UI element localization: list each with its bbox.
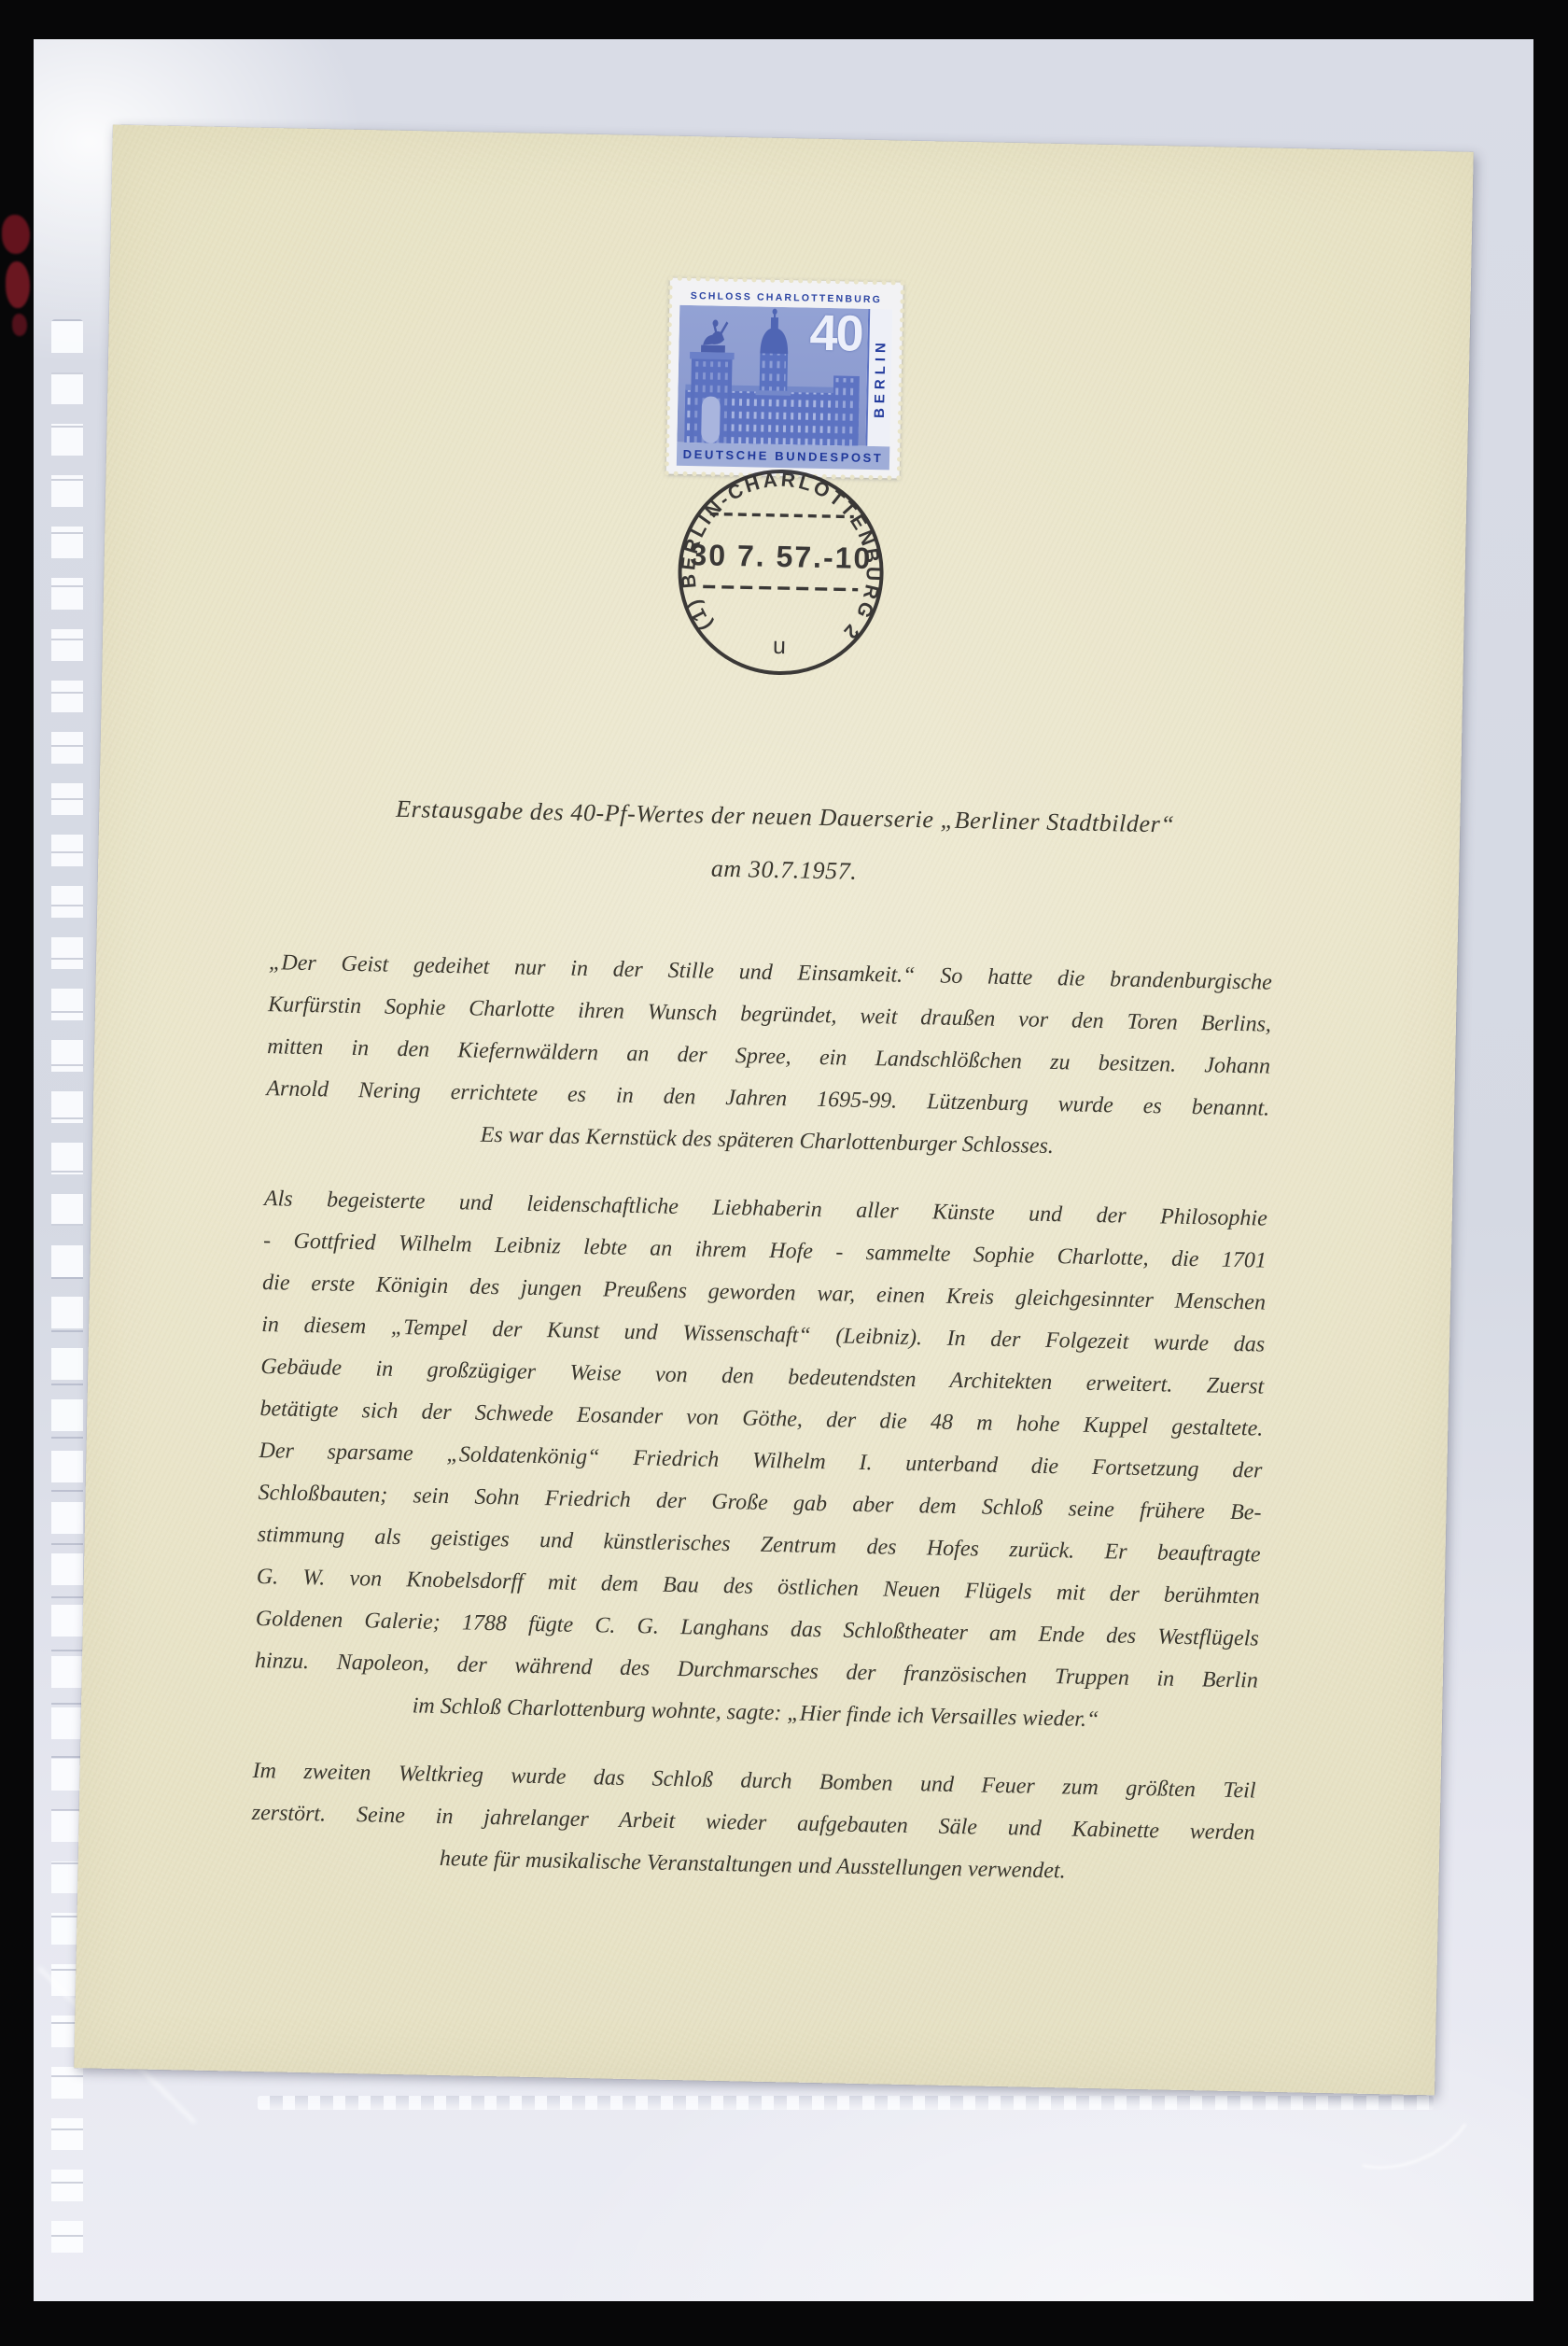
red-edge-mark [2, 215, 30, 254]
postmark-date: 30 7. 57.-10 [690, 538, 872, 575]
first-day-heading: Erstausgabe des 40-Pf-Wertes der neuen D… [280, 780, 1290, 906]
postage-stamp: SCHLOSS CHARLOTTENBURG [666, 278, 903, 479]
red-edge-mark [6, 261, 30, 308]
postmark-bottom-letter: u [773, 633, 786, 659]
stamp-design: SCHLOSS CHARLOTTENBURG [677, 287, 893, 471]
postmark: (1) BERLIN-CHARLOTTENBURG 2 30 7. 57.-10… [662, 454, 900, 692]
paragraph: Als begeisterte und leidenschaftliche Li… [254, 1178, 1268, 1744]
stamp-denomination: 40 [809, 305, 862, 363]
paragraph: Im zweiten Weltkrieg wurde das Schloß du… [250, 1750, 1255, 1897]
castle-illustration: 40 [677, 305, 868, 446]
photo-frame: SCHLOSS CHARLOTTENBURG [0, 0, 1568, 2346]
document-sheet: SCHLOSS CHARLOTTENBURG [74, 125, 1473, 2096]
stamp-region-label: BERLIN [871, 338, 889, 418]
stamp-region-column: BERLIN [865, 309, 892, 446]
body-text: „Der Geist gedeihet nur in der Stille un… [250, 942, 1272, 1896]
paragraph: „Der Geist gedeihet nur in der Stille un… [265, 942, 1272, 1173]
red-edge-mark [12, 314, 27, 336]
sleeve-weld-seam [258, 2096, 1434, 2110]
